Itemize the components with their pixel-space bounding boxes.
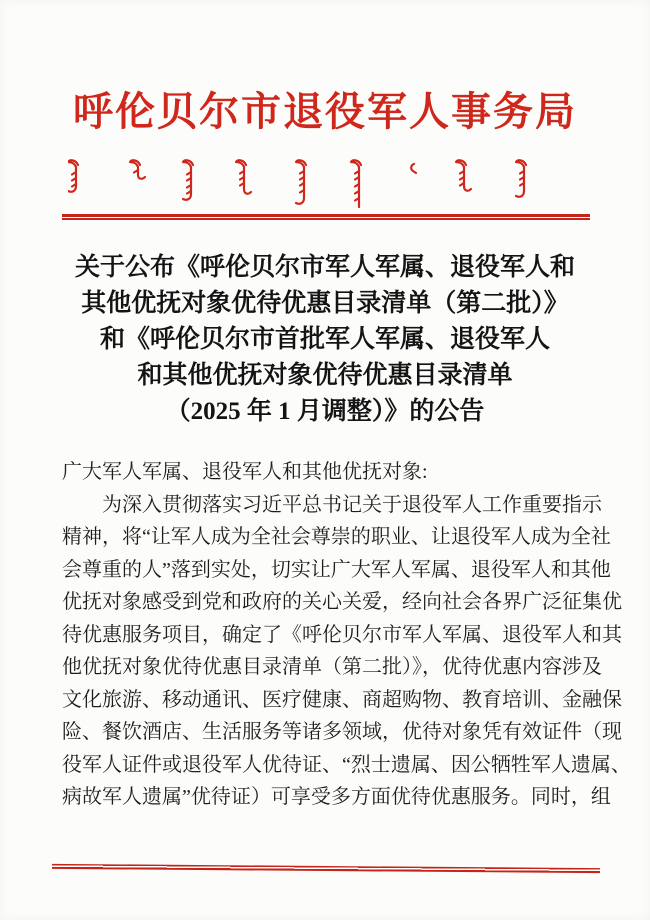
body-line: 为深入贯彻落实习近平总书记关于退役军人工作重要指示 bbox=[62, 489, 588, 522]
title-line: 和其他优抚对象优待优惠目录清单 bbox=[0, 358, 650, 394]
title-line: 和《呼伦贝尔市首批军人军属、退役军人 bbox=[0, 322, 650, 358]
body-line: 优抚对象感受到党和政府的关心关爱，经向社会各界广泛征集优 bbox=[62, 586, 588, 619]
document-body: 广大军人军属、退役军人和其他优抚对象: 为深入贯彻落实习近平总书记关于退役军人工… bbox=[62, 456, 588, 814]
header-divider bbox=[62, 214, 590, 220]
body-line: 文化旅游、移动通讯、医疗健康、商超购物、教育培训、金融保 bbox=[62, 684, 588, 717]
agency-name: 呼伦贝尔市退役军人事务局 bbox=[0, 88, 650, 136]
body-line: 精神，将“让军人成为全社会尊崇的职业、让退役军人成为全社 bbox=[62, 521, 588, 554]
title-line: 其他优抚对象优待优惠目录清单（第二批）》 bbox=[0, 286, 650, 322]
body-line: 险、餐饮酒店、生活服务等诸多领域，优待对象凭有效证件（现 bbox=[62, 716, 588, 749]
footer-divider bbox=[52, 864, 600, 873]
document-title: 关于公布《呼伦贝尔市军人军属、退役军人和 其他优抚对象优待优惠目录清单（第二批）… bbox=[0, 250, 650, 430]
salutation-line: 广大军人军属、退役军人和其他优抚对象: bbox=[62, 456, 588, 489]
body-line: 役军人证件或退役军人优待证、“烈士遗属、因公牺牲军人遗属、 bbox=[62, 749, 588, 782]
body-line: 他优抚对象优待优惠目录清单（第二批）》，优待优惠内容涉及 bbox=[62, 651, 588, 684]
body-line: 会尊重的人”落到实处，切实让广大军人军属、退役军人和其他 bbox=[62, 554, 588, 587]
body-line: 病故军人遗属”优待证）可享受多方面优待优惠服务。同时，组 bbox=[62, 781, 588, 814]
title-line: （2025 年 1 月调整）》的公告 bbox=[0, 394, 650, 430]
document-page: 呼伦贝尔市退役军人事务局 关于公布《呼伦贝尔市军人军属、退役军人和 bbox=[0, 0, 650, 920]
body-line: 待优惠服务项目，确定了《呼伦贝尔市军人军属、退役军人和其 bbox=[62, 619, 588, 652]
title-line: 关于公布《呼伦贝尔市军人军属、退役军人和 bbox=[0, 250, 650, 286]
mongolian-script-icon bbox=[68, 158, 536, 210]
